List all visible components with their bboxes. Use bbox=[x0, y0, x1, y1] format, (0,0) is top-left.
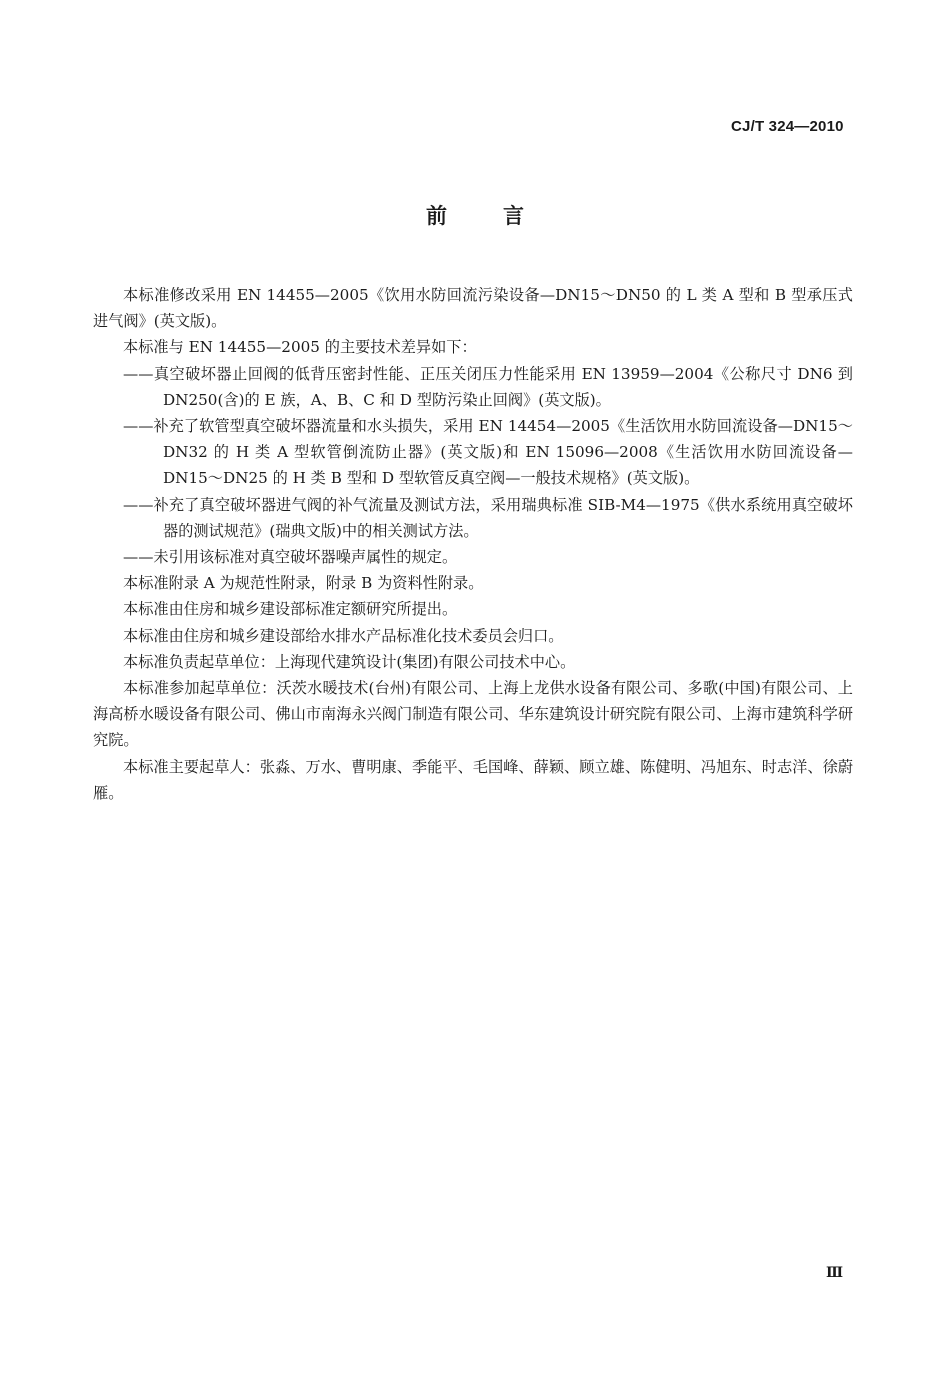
paragraph-proposer: 本标准由住房和城乡建设部标准定额研究所提出。 bbox=[93, 596, 853, 622]
difference-item: ——补充了真空破坏器进气阀的补气流量及测试方法，采用瑞典标准 SIB-M4—19… bbox=[93, 492, 853, 544]
difference-item: ——真空破坏器止回阀的低背压密封性能、正压关闭压力性能采用 EN 13959—2… bbox=[93, 361, 853, 413]
paragraph-adoption: 本标准修改采用 EN 14455—2005《饮用水防回流污染设备—DN15～DN… bbox=[93, 282, 853, 334]
difference-item: ——补充了软管型真空破坏器流量和水头损失，采用 EN 14454—2005《生活… bbox=[93, 413, 853, 492]
paragraph-administrator: 本标准由住房和城乡建设部给水排水产品标准化技术委员会归口。 bbox=[93, 623, 853, 649]
difference-item: ——未引用该标准对真空破坏器噪声属性的规定。 bbox=[93, 544, 853, 570]
paragraph-differences-intro: 本标准与 EN 14455—2005 的主要技术差异如下： bbox=[93, 334, 853, 360]
page-number: Ⅲ bbox=[826, 1265, 843, 1281]
title-char-1: 前 bbox=[426, 200, 447, 230]
foreword-body: 本标准修改采用 EN 14455—2005《饮用水防回流污染设备—DN15～DN… bbox=[93, 282, 853, 806]
page-title: 前言 bbox=[0, 200, 950, 230]
paragraph-appendix: 本标准附录 A 为规范性附录，附录 B 为资料性附录。 bbox=[93, 570, 853, 596]
paragraph-participating-drafters: 本标准参加起草单位：沃茨水暖技术(台州)有限公司、上海上龙供水设备有限公司、多歌… bbox=[93, 675, 853, 754]
title-char-2: 言 bbox=[503, 200, 524, 230]
paragraph-lead-drafter: 本标准负责起草单位：上海现代建筑设计(集团)有限公司技术中心。 bbox=[93, 649, 853, 675]
paragraph-main-drafters: 本标准主要起草人：张淼、万水、曹明康、季能平、毛国峰、薛颖、顾立雄、陈健明、冯旭… bbox=[93, 754, 853, 806]
standard-code: CJ/T 324—2010 bbox=[731, 118, 844, 135]
